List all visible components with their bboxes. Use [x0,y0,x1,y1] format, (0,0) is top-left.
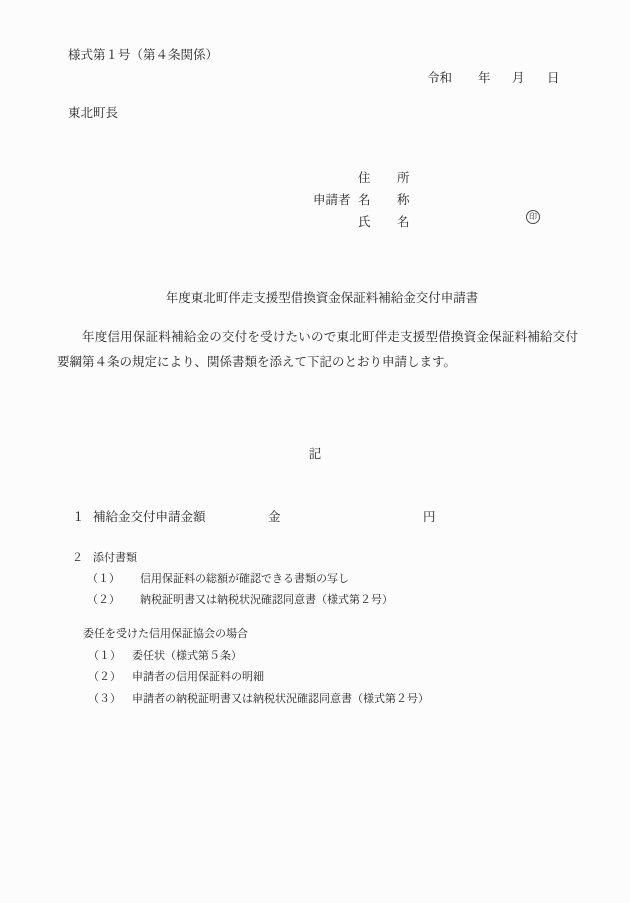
item1-number: １ [72,509,85,525]
application-form-page: 様式第１号（第４条関係） 令和 年 月 日 東北町長 住 所 申請者 名 称 氏… [0,0,630,903]
attachment-text: 申請者の信用保証料の明細 [132,670,264,684]
attachment-text: 委任状（様式第５条） [132,649,242,663]
addressee-label: 東北町長 [68,105,118,121]
year-label: 年 [478,70,491,86]
month-label: 月 [512,70,525,86]
attachment-marker: （１） [88,649,121,663]
address-label-right: 所 [397,170,410,186]
seal-mark-icon: 印 [526,210,540,224]
form-number-label: 様式第１号（第４条関係） [68,47,218,63]
person-name-label-left: 氏 [358,214,371,230]
attachment-text: 信用保証料の総額が確認できる書類の写し [140,572,349,586]
attachment-text: 申請者の納税証明書又は納税状況確認同意書（様式第２号） [132,692,429,706]
name-label-left: 名 [358,192,371,208]
amount-prefix: 金 [268,509,281,525]
item1-label: 補給金交付申請金額 [93,509,206,525]
section-marker-ki: 記 [0,446,630,462]
document-title: 年度東北町伴走支援型借換資金保証料補給金交付申請書 [0,290,630,306]
body-paragraph: 年度信用保証料補給金の交付を受けたいので東北町伴走支援型借換資金保証料補給交付要… [57,325,578,375]
item2-label: 添付書類 [93,551,137,565]
item2-number: ２ [72,551,83,565]
applicant-label: 申請者 [313,192,351,208]
delegate-case-heading: 委任を受けた信用保証協会の場合 [83,627,248,641]
attachment-text: 納税証明書又は納税状況確認同意書（様式第２号） [140,593,393,607]
era-label: 令和 [427,70,452,86]
attachment-marker: （２） [88,670,121,684]
day-label: 日 [547,70,560,86]
name-label-right: 称 [397,192,410,208]
attachment-marker: （２） [87,593,120,607]
amount-unit: 円 [423,509,436,525]
address-label-left: 住 [358,170,371,186]
attachment-marker: （１） [87,572,120,586]
attachment-marker: （３） [88,692,121,706]
person-name-label-right: 名 [397,214,410,230]
